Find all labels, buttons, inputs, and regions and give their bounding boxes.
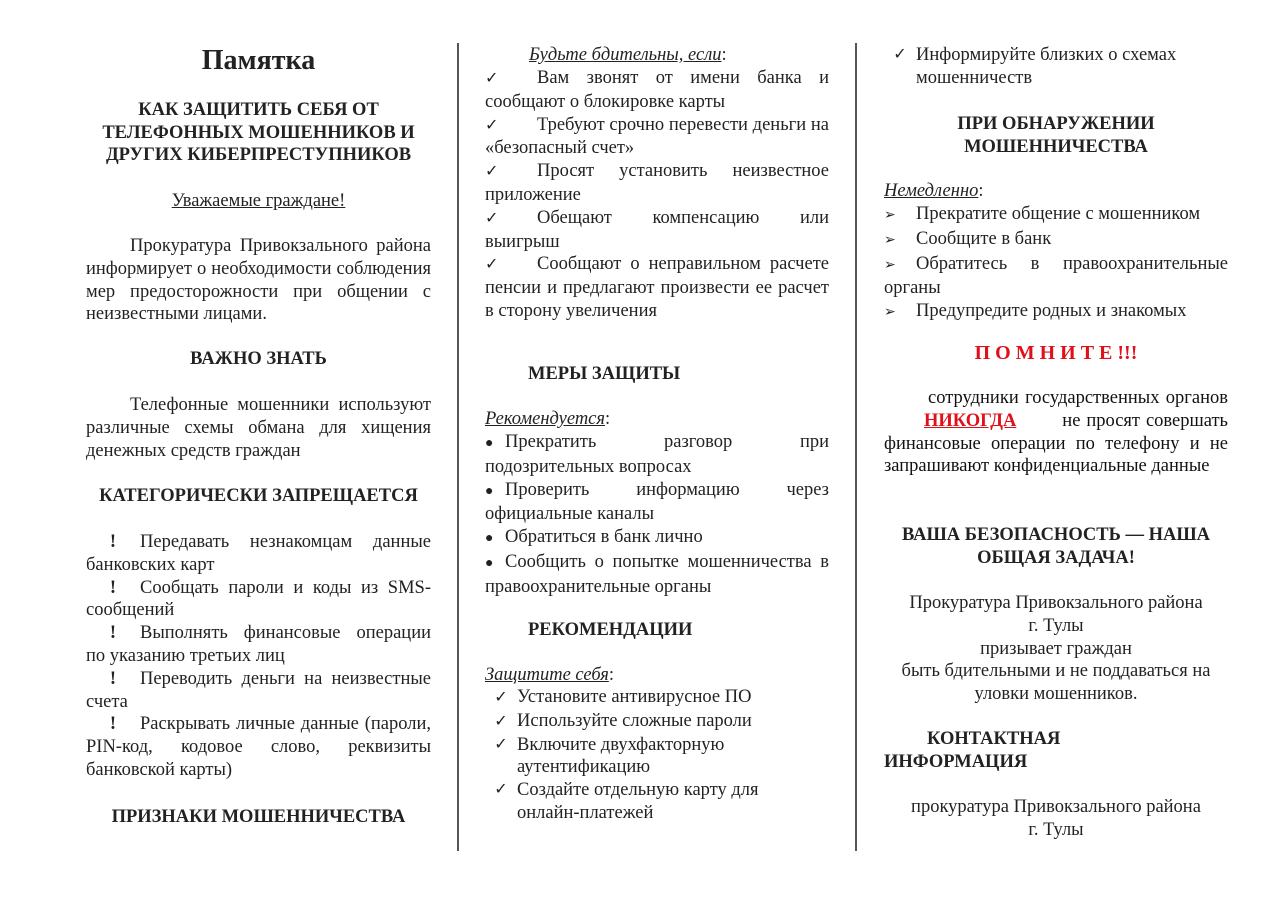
recommended-item: ●Обратиться в банк лично [485, 526, 829, 551]
main-heading: КАК ЗАЩИТИТЬ СЕБЯ ОТ ТЕЛЕФОННЫХ МОШЕННИК… [86, 99, 431, 167]
vigilant-item-text: Требуют срочно перевести деньги на «безо… [485, 115, 829, 159]
protect-item-text: Информируйте близких о схемах мошенничес… [916, 44, 1206, 90]
appeal-line: быть бдительными и не поддаваться на [884, 660, 1228, 683]
exclamation-icon: ! [86, 713, 140, 736]
intro-paragraph: Прокуратура Привокзального района информ… [86, 235, 431, 326]
immediately-item-text: Обратитесь в правоохранительные органы [884, 254, 1228, 299]
remember-paragraph: сотрудники государственных органов НИКОГ… [884, 387, 1228, 478]
protect-item: ✓Создайте отдельную карту для онлайн-пла… [485, 779, 829, 825]
recommended-label-text: Рекомендуется [485, 409, 605, 429]
protect-item-continued: ✓Информируйте близких о схемах мошенниче… [884, 44, 1228, 90]
forbidden-item: !Раскрывать личные данные (пароли, PIN-к… [86, 713, 431, 781]
checkmark-icon: ✓ [485, 254, 537, 277]
checkmark-icon: ✓ [485, 734, 517, 780]
recommended-item-text: Проверить информацию через официальные к… [485, 480, 829, 525]
protect-item: ✓Установите антивирусное ПО [485, 686, 829, 710]
immediately-label-text: Немедленно [884, 181, 978, 201]
vigilant-label: Будьте бдительны, если: [485, 44, 873, 67]
detection-heading-line: ПРИ ОБНАРУЖЕНИИ [884, 113, 1228, 136]
immediately-item-text: Предупредите родных и знакомых [916, 301, 1186, 321]
slogan: ВАША БЕЗОПАСНОСТЬ — НАША ОБЩАЯ ЗАДАЧА! [884, 524, 1228, 569]
forbidden-item: !Выполнять финансовые операции по указан… [86, 622, 431, 668]
vigilant-list: ✓Вам звонят от имени банка и сообщают о … [485, 67, 829, 323]
important-heading: ВАЖНО ЗНАТЬ [86, 348, 431, 371]
recommended-item-text: Сообщить о попытке мошенничества в право… [485, 552, 829, 597]
contact-info: прокуратура Привокзального района г. Тул… [884, 796, 1228, 842]
immediately-label: Немедленно: [884, 180, 1228, 203]
arrow-right-icon: ➢ [884, 205, 916, 228]
bullet-icon: ● [485, 528, 505, 551]
checkmark-icon: ✓ [485, 115, 537, 138]
immediately-item: ➢Прекратите общение с мошенником [884, 203, 1228, 228]
arrow-right-icon: ➢ [884, 230, 916, 253]
main-heading-line: ТЕЛЕФОННЫХ МОШЕННИКОВ И [86, 122, 431, 145]
recommended-item: ●Сообщить о попытке мошенничества в прав… [485, 551, 829, 599]
forbidden-item: !Сообщать пароли и коды из SMS-сообщений [86, 577, 431, 623]
vigilant-item: ✓Вам звонят от имени банка и сообщают о … [485, 67, 829, 114]
exclamation-icon: ! [86, 668, 140, 691]
immediately-list: ➢Прекратите общение с мошенником ➢Сообщи… [884, 203, 1228, 325]
protect-item-text: Используйте сложные пароли [517, 711, 752, 731]
vigilant-item: ✓Требуют срочно перевести деньги на «без… [485, 114, 829, 161]
checkmark-icon: ✓ [485, 208, 537, 231]
appeal: Прокуратура Привокзального района г. Тул… [884, 592, 1228, 706]
slogan-line: ОБЩАЯ ЗАДАЧА! [884, 547, 1228, 570]
protection-heading: МЕРЫ ЗАЩИТЫ [485, 363, 872, 386]
slogan-line: ВАША БЕЗОПАСНОСТЬ — НАША [884, 524, 1228, 547]
appeal-line: г. Тулы [884, 615, 1228, 638]
immediately-item-text: Прекратите общение с мошенником [916, 204, 1200, 224]
protect-item-text: Создайте отдельную карту для онлайн-плат… [517, 779, 787, 825]
protect-item: ✓Используйте сложные пароли [485, 710, 829, 734]
checkmark-icon: ✓ [485, 711, 517, 734]
contact-heading-line: КОНТАКТНАЯ [884, 728, 1228, 751]
exclamation-icon: ! [86, 577, 140, 600]
recommended-item: ●Проверить информацию через официальные … [485, 479, 829, 527]
contact-heading: КОНТАКТНАЯ ИНФОРМАЦИЯ [884, 728, 1228, 774]
immediately-item-text: Сообщите в банк [916, 229, 1051, 249]
contact-heading-line: ИНФОРМАЦИЯ [884, 751, 1228, 774]
checkmark-icon: ✓ [485, 68, 537, 91]
vigilant-label-text: Будьте бдительны, если [529, 45, 722, 65]
never-emphasis: НИКОГДА [884, 411, 1056, 431]
remember-text: сотрудники государственных органов [928, 388, 1228, 408]
immediately-item: ➢Обратитесь в правоохранительные органы [884, 253, 1228, 301]
contact-line: г. Тулы [884, 819, 1228, 842]
main-heading-line: КАК ЗАЩИТИТЬ СЕБЯ ОТ [86, 99, 431, 122]
protect-label-text: Защитите себя [485, 665, 609, 685]
immediately-item: ➢Сообщите в банк [884, 228, 1228, 253]
vigilant-item: ✓Обещают компенсацию или выигрыш [485, 207, 829, 254]
appeal-line: Прокуратура Привокзального района [884, 592, 1228, 615]
detection-heading: ПРИ ОБНАРУЖЕНИИ МОШЕННИЧЕСТВА [884, 113, 1228, 158]
protect-list: ✓Установите антивирусное ПО ✓Используйте… [485, 686, 829, 825]
main-heading-line: ДРУГИХ КИБЕРПРЕСТУПНИКОВ [86, 144, 431, 167]
recommended-item-text: Обратиться в банк лично [505, 527, 703, 547]
column-divider-1 [457, 43, 459, 851]
exclamation-icon: ! [86, 622, 140, 645]
recommended-item-text: Прекратить разговор при подозрительных в… [485, 432, 829, 477]
forbidden-heading: КАТЕГОРИЧЕСКИ ЗАПРЕЩАЕТСЯ [86, 485, 431, 508]
immediately-item: ➢Предупредите родных и знакомых [884, 300, 1228, 325]
forbidden-list: !Передавать незнакомцам данные банковски… [86, 531, 431, 782]
exclamation-icon: ! [86, 531, 140, 554]
signs-heading: ПРИЗНАКИ МОШЕННИЧЕСТВА [86, 806, 431, 829]
vigilant-item-text: Сообщают о неправильном расчете пенсии и… [485, 254, 829, 321]
column-divider-2 [855, 43, 857, 851]
bullet-icon: ● [485, 553, 505, 576]
checkmark-icon: ✓ [884, 44, 916, 90]
appeal-line: призывает граждан [884, 638, 1228, 661]
greeting-text: Уважаемые граждане! [172, 191, 346, 211]
contact-line: прокуратура Привокзального района [884, 796, 1228, 819]
greeting: Уважаемые граждане! [86, 190, 431, 213]
vigilant-item-text: Просят установить неизвестное приложение [485, 161, 829, 205]
protect-label: Защитите себя: [485, 664, 829, 687]
recommended-label: Рекомендуется: [485, 408, 829, 431]
detection-heading-line: МОШЕННИЧЕСТВА [884, 136, 1228, 159]
recommended-item: ●Прекратить разговор при подозрительных … [485, 431, 829, 479]
recommended-list: ●Прекратить разговор при подозрительных … [485, 431, 829, 599]
protect-item-text: Установите антивирусное ПО [517, 687, 751, 707]
vigilant-item: ✓Сообщают о неправильном расчете пенсии … [485, 253, 829, 322]
remember-heading: П О М Н И Т Е !!! [884, 342, 1228, 365]
arrow-right-icon: ➢ [884, 255, 916, 278]
appeal-line: уловки мошенников. [884, 683, 1228, 706]
forbidden-item: !Переводить деньги на неизвестные счета [86, 668, 431, 714]
vigilant-item: ✓Просят установить неизвестное приложени… [485, 160, 829, 207]
page-title: Памятка [86, 45, 431, 77]
forbidden-item: !Передавать незнакомцам данные банковски… [86, 531, 431, 577]
checkmark-icon: ✓ [485, 687, 517, 710]
checkmark-icon: ✓ [485, 779, 517, 825]
important-paragraph: Телефонные мошенники используют различны… [86, 394, 431, 462]
checkmark-icon: ✓ [485, 161, 537, 184]
protect-item: ✓Включите двухфакторную аутентификацию [485, 734, 829, 780]
arrow-right-icon: ➢ [884, 302, 916, 325]
bullet-icon: ● [485, 481, 505, 504]
bullet-icon: ● [485, 433, 505, 456]
protect-item-text: Включите двухфакторную аутентификацию [517, 734, 747, 780]
recommendations-heading: РЕКОМЕНДАЦИИ [485, 619, 872, 642]
